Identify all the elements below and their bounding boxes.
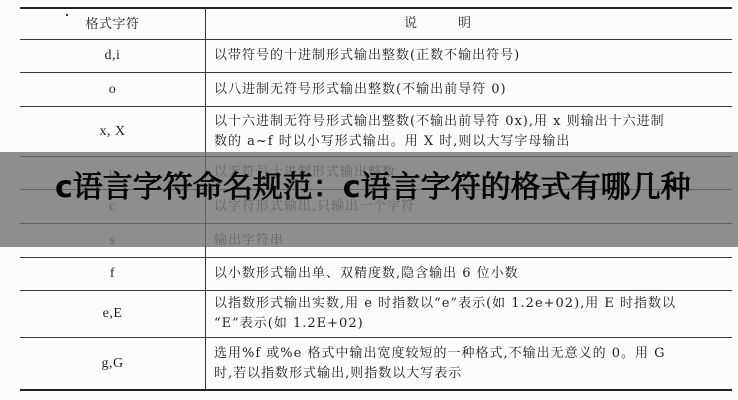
header-format-char: 格式字符 bbox=[20, 8, 205, 39]
article-title: c语言字符命名规范：c语言字符的格式有哪几种 bbox=[55, 160, 735, 208]
header-description: 说 明 bbox=[214, 8, 726, 39]
description-text: 以小数形式输出单、双精度数,隐含输出 6 位小数 bbox=[214, 264, 519, 284]
format-code: f bbox=[110, 264, 115, 284]
description-text: 以带符号的十进制形式输出整数(正数不输出符号) bbox=[214, 46, 520, 66]
table-row-format: f bbox=[20, 258, 205, 290]
description-text-line-1: 以十六进制无符号形式输出整数(不输出前导符 0x),用 x 则输出十六进制 bbox=[214, 112, 665, 132]
table-row-description: 以八进制无符号形式输出整数(不输出前导符 0) bbox=[214, 73, 726, 106]
table-row-description: 以指数形式输出实数,用 e 时指数以“e”表示(如 1.2e+02),用 E 时… bbox=[214, 291, 726, 337]
format-code: x, X bbox=[99, 122, 125, 142]
format-code: g,G bbox=[101, 354, 123, 374]
table-row-format: e,E bbox=[20, 291, 205, 337]
table-bottom-rule bbox=[20, 389, 732, 391]
format-code: d,i bbox=[105, 46, 121, 66]
table-row-description: 选用%f 或%e 格式中输出宽度较短的一种格式,不输出无意义的 0。用 G 时,… bbox=[214, 338, 726, 389]
header-format-char-label: 格式字符 bbox=[85, 14, 139, 34]
table-row-format: x, X bbox=[20, 107, 205, 156]
description-text-line-2: 时,若以指数形式输出,则指数以大写表示 bbox=[214, 364, 462, 384]
description-text-line-2: 数的 a~f 时以小写形式输出。用 X 时,则以大写字母输出 bbox=[214, 132, 570, 152]
header-desc-left: 说 bbox=[404, 14, 418, 34]
description-text-line-2: “E”表示(如 1.2E+02) bbox=[214, 314, 364, 334]
table-row-description: 以小数形式输出单、双精度数,隐含输出 6 位小数 bbox=[214, 258, 726, 290]
description-text: 以八进制无符号形式输出整数(不输出前导符 0) bbox=[214, 80, 507, 100]
document-page: 格式字符 说 明 d,i 以带符号的十进制形式输出整数(正数不输出符号) o 以… bbox=[0, 0, 738, 400]
format-code: e,E bbox=[103, 304, 123, 324]
format-code: o bbox=[109, 80, 117, 100]
table-row-format: g,G bbox=[20, 338, 205, 389]
table-row-description: 以十六进制无符号形式输出整数(不输出前导符 0x),用 x 则输出十六进制 数的… bbox=[214, 107, 726, 156]
table-row-format: d,i bbox=[20, 40, 205, 72]
table-row-format: o bbox=[20, 73, 205, 106]
description-text-line-1: 选用%f 或%e 格式中输出宽度较短的一种格式,不输出无意义的 0。用 G bbox=[214, 344, 666, 364]
header-desc-right: 明 bbox=[458, 14, 472, 34]
table-row-description: 以带符号的十进制形式输出整数(正数不输出符号) bbox=[214, 40, 726, 72]
description-text-line-1: 以指数形式输出实数,用 e 时指数以“e”表示(如 1.2e+02),用 E 时… bbox=[214, 294, 676, 314]
